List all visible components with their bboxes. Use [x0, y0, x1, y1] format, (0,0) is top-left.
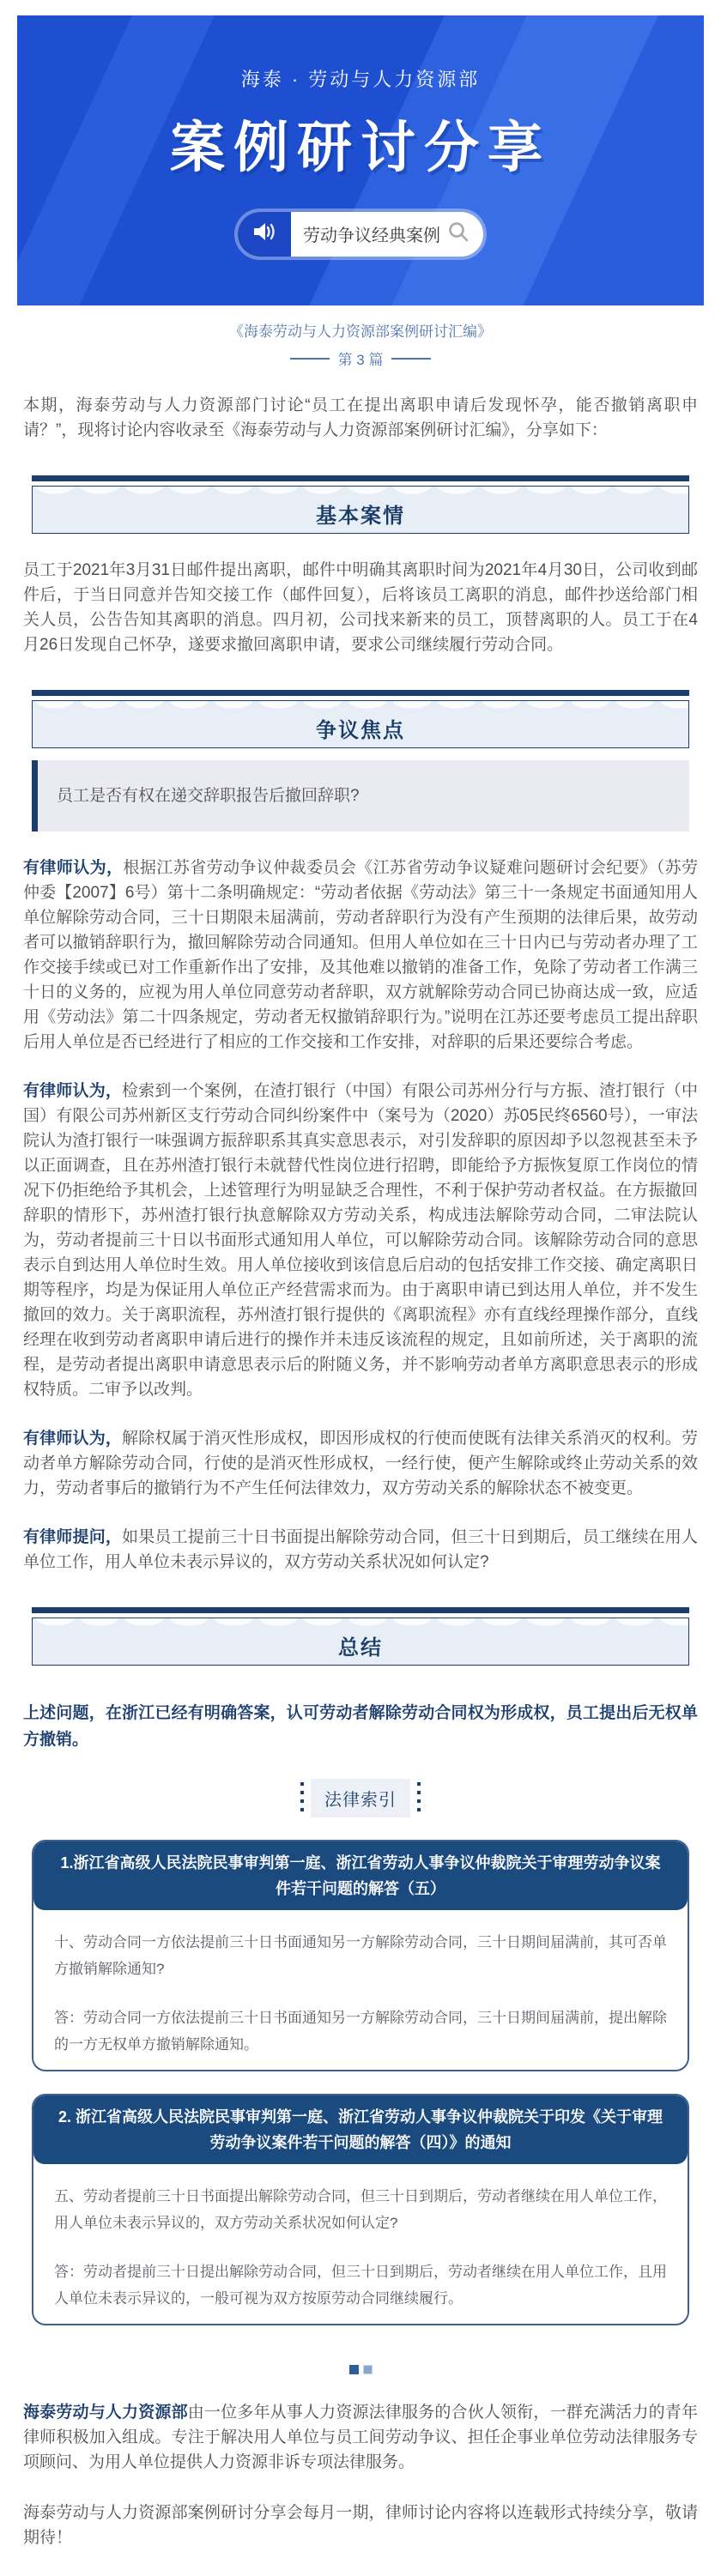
about-lead: 海泰劳动与人力资源部 [23, 2404, 188, 2422]
section-title-box: 争议焦点 [32, 700, 689, 748]
opinion-text: 检索到一个案例，在渣打银行（中国）有限公司苏州分行与方振、渣打银行（中国）有限公… [23, 1082, 698, 1399]
law-card-answer: 答：劳动合同一方依法提前三十日书面通知另一方解除劳动合同，三十日期间届满前，提出… [33, 2005, 688, 2058]
dotted-decoration-left [300, 1782, 304, 1815]
opinion-text: 根据江苏省劳动争议仲裁委员会《江苏省劳动争议疑难问题研讨会纪要》（苏劳仲委【20… [23, 859, 698, 1051]
opinion-text: 如果员工提前三十日书面提出解除劳动合同，但三十日到期后，员工继续在用人单位工作，… [23, 1528, 698, 1571]
dotted-decoration-right [417, 1782, 421, 1815]
conclusion-paragraph: 上述问题，在浙江已经有明确答案，认可劳动者解除劳动合同权为形成权，员工提出后无权… [23, 1700, 698, 1753]
opinion-lead: 有律师认为， [23, 1430, 122, 1448]
article-content: 本期，海泰劳动与人力资源部门讨论“员工在提出离职申请后发现怀孕，能否撤销离职申请… [0, 393, 721, 2550]
section-header-summary: 总结 [32, 1607, 689, 1666]
law-card-answer: 答：劳动者提前三十日提出解除劳动合同，但三十日到期后，劳动者继续在用人单位工作，… [33, 2259, 688, 2312]
banner-department-label: 海泰 · 劳动与人力资源部 [241, 65, 481, 92]
article-page: 海泰 · 劳动与人力资源部 案例研讨分享 劳动争议经典案例 [0, 0, 721, 2576]
law-card-question: 五、劳动者提前三十日书面提出解除劳动合同，但三十日到期后，劳动者继续在用人单位工… [33, 2183, 688, 2236]
law-card: 2. 浙江省高级人民法院民事审判第一庭、浙江省劳动人事争议仲裁院关于印发《关于审… [32, 2094, 689, 2325]
law-card-title: 1.浙江省高级人民法院民事审判第一庭、浙江省劳动人事争议仲裁院关于审理劳动争议案… [33, 1841, 688, 1910]
opinion-paragraph: 有律师认为，检索到一个案例，在渣打银行（中国）有限公司苏州分行与方振、渣打银行（… [23, 1079, 698, 1402]
opinion-paragraph: 有律师认为，根据江苏省劳动争议仲裁委员会《江苏省劳动争议疑难问题研讨会纪要》（苏… [23, 856, 698, 1055]
section-header-focus: 争议焦点 [32, 690, 689, 748]
section-title-basic: 基本案情 [316, 499, 405, 529]
pill-left-segment [238, 212, 291, 257]
section-header-basic: 基本案情 [32, 475, 689, 534]
pill-tag-text: 劳动争议经典案例 [303, 221, 440, 246]
dispute-question-quote: 员工是否有权在递交辞职报告后撤回辞职? [32, 760, 689, 831]
legal-index-badge: 法律索引 [311, 1779, 410, 1817]
legal-index-badge-row: 法律索引 [23, 1779, 698, 1817]
section-top-bar [32, 690, 689, 696]
search-icon [447, 221, 470, 247]
opinion-lead: 有律师认为， [23, 859, 123, 877]
closing-paragraph: 海泰劳动与人力资源部案例研讨分享会每月一期，律师讨论内容将以连载形式持续分享，敬… [23, 2500, 698, 2550]
pill-body: 劳动争议经典案例 [291, 212, 483, 257]
banner: 海泰 · 劳动与人力资源部 案例研讨分享 劳动争议经典案例 [17, 15, 704, 305]
issue-row: 第 3 篇 [0, 348, 721, 369]
speaker-icon [252, 221, 276, 246]
opinion-text: 解除权属于消灭性形成权，即因形成权的行使而使既有法律关系消灭的权利。劳动者单方解… [23, 1430, 698, 1497]
section-title-focus: 争议焦点 [316, 713, 405, 743]
dash-line-right [391, 358, 431, 360]
banner-title: 案例研讨分享 [170, 104, 551, 183]
law-card-question: 十、劳动合同一方依法提前三十日书面通知另一方解除劳动合同，三十日期间届满前，其可… [33, 1929, 688, 1982]
footer-decoration-squares [23, 2365, 698, 2374]
intro-paragraph: 本期，海泰劳动与人力资源部门讨论“员工在提出离职申请后发现怀孕，能否撤销离职申请… [23, 393, 698, 443]
series-subtitle: 《海泰劳动与人力资源部案例研讨汇编》 第 3 篇 [0, 319, 721, 369]
dash-line-left [290, 358, 330, 360]
section-title-summary: 总结 [338, 1630, 383, 1660]
section-title-box: 基本案情 [32, 486, 689, 534]
opinion-lead: 有律师提问， [23, 1528, 122, 1546]
section-top-bar [32, 475, 689, 481]
section-title-box: 总结 [32, 1618, 689, 1666]
opinion-paragraph: 有律师提问，如果员工提前三十日书面提出解除劳动合同，但三十日到期后，员工继续在用… [23, 1525, 698, 1575]
about-paragraph: 海泰劳动与人力资源部由一位多年从事人力资源法律服务的合伙人领衔，一群充满活力的青… [23, 2400, 698, 2475]
square-light-icon [363, 2365, 373, 2374]
law-card-title: 2. 浙江省高级人民法院民事审判第一庭、浙江省劳动人事争议仲裁院关于印发《关于审… [33, 2095, 688, 2164]
square-dark-icon [349, 2365, 359, 2374]
law-card: 1.浙江省高级人民法院民事审判第一庭、浙江省劳动人事争议仲裁院关于审理劳动争议案… [32, 1840, 689, 2071]
opinion-paragraph: 有律师认为，解除权属于消灭性形成权，即因形成权的行使而使既有法律关系消灭的权利。… [23, 1426, 698, 1501]
section-top-bar [32, 1607, 689, 1613]
banner-search-pill: 劳动争议经典案例 [238, 212, 483, 257]
basic-facts-paragraph: 员工于2021年3月31日邮件提出离职，邮件中明确其离职时间为2021年4月30… [23, 558, 698, 657]
opinion-lead: 有律师认为， [23, 1082, 122, 1100]
issue-number: 第 3 篇 [338, 348, 384, 369]
series-title: 《海泰劳动与人力资源部案例研讨汇编》 [0, 319, 721, 341]
